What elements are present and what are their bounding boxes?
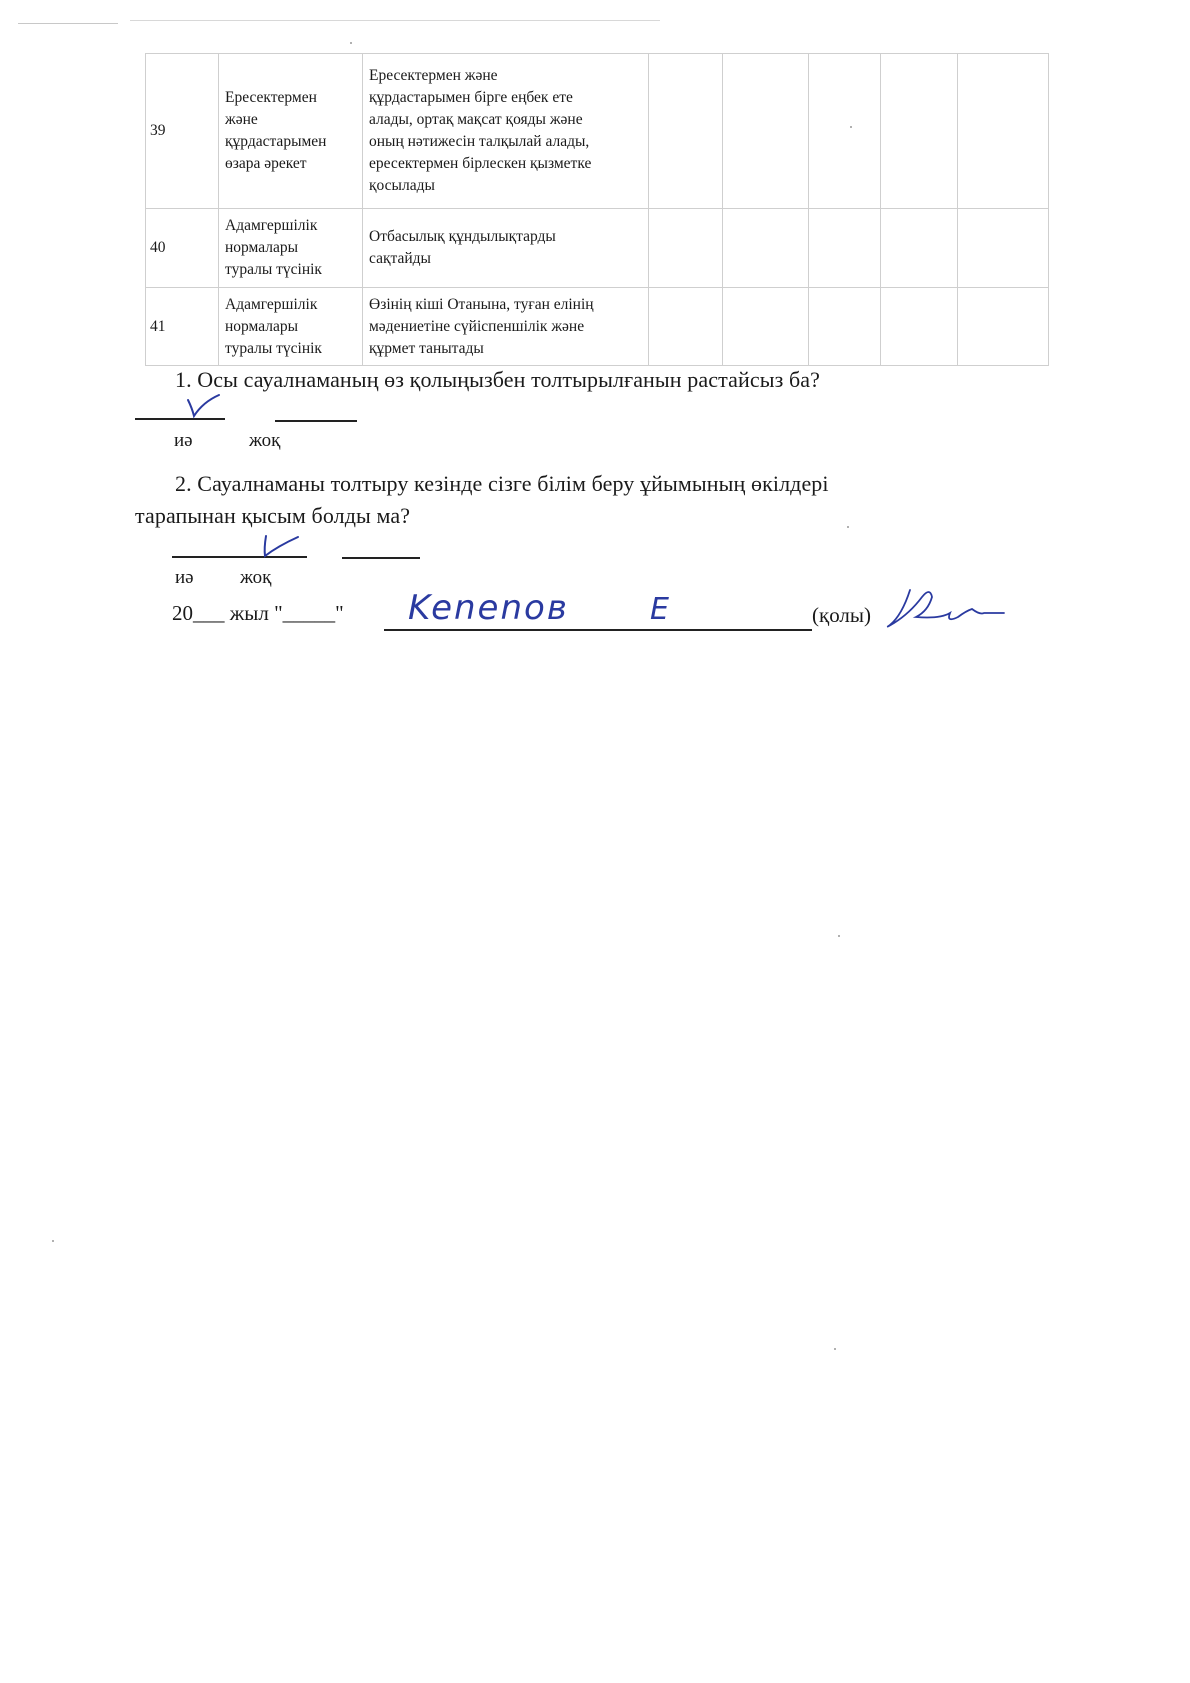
footer-year-label: жыл " bbox=[230, 601, 283, 625]
rating-cell[interactable] bbox=[809, 209, 881, 288]
name-field-line[interactable] bbox=[384, 629, 812, 631]
text-line: Адамгершілік bbox=[225, 294, 356, 316]
scan-speck bbox=[850, 126, 852, 128]
row-number: 41 bbox=[146, 288, 219, 366]
scan-speck bbox=[52, 1240, 54, 1242]
text-line: нормалары bbox=[225, 237, 356, 259]
scan-speck bbox=[847, 526, 849, 528]
text-line: Отбасылық құндылықтарды bbox=[369, 226, 642, 248]
scan-edge-line bbox=[18, 23, 118, 24]
row-number: 39 bbox=[146, 54, 219, 209]
text-line: құрдастарымен бірге еңбек ете bbox=[369, 87, 642, 109]
table-row: 39Ересектерменжәнеқұрдастарыменөзара әре… bbox=[146, 54, 1049, 209]
rating-cell[interactable] bbox=[958, 209, 1049, 288]
table-row: 41Адамгершілікнормаларытуралы түсінікӨзі… bbox=[146, 288, 1049, 366]
text-line: нормалары bbox=[225, 316, 356, 338]
row-number: 40 bbox=[146, 209, 219, 288]
rating-cell[interactable] bbox=[649, 54, 723, 209]
signature-icon[interactable] bbox=[880, 585, 1010, 635]
row-description: Отбасылық құндылықтардысақтайды bbox=[363, 209, 649, 288]
text-line: Өзінің кіші Отанына, туған елінің bbox=[369, 294, 642, 316]
table-row: 40Адамгершілікнормаларытуралы түсінікОтб… bbox=[146, 209, 1049, 288]
text-line: және bbox=[225, 109, 356, 131]
rating-cell[interactable] bbox=[649, 288, 723, 366]
footer-year-prefix: 20___ жыл "_____" bbox=[172, 601, 344, 626]
text-line: туралы түсінік bbox=[225, 259, 356, 281]
q2-checkmark-icon bbox=[258, 534, 302, 560]
scan-speck bbox=[838, 935, 840, 937]
text-line: туралы түсінік bbox=[225, 338, 356, 360]
text-line: сақтайды bbox=[369, 248, 642, 270]
row-category: Адамгершілікнормаларытуралы түсінік bbox=[219, 288, 363, 366]
rating-cell[interactable] bbox=[649, 209, 723, 288]
year-blank[interactable]: ___ bbox=[193, 601, 225, 625]
day-blank[interactable]: _____ bbox=[283, 601, 336, 625]
q1-checkmark-icon bbox=[185, 394, 225, 424]
q2-option-yes-label: иә bbox=[175, 567, 194, 589]
text-line: Адамгершілік bbox=[225, 215, 356, 237]
text-line: Ересектермен bbox=[225, 87, 356, 109]
rating-cell[interactable] bbox=[809, 54, 881, 209]
text-line: ересектермен бірлескен қызметке bbox=[369, 153, 642, 175]
row-category: Адамгершілікнормаларытуралы түсінік bbox=[219, 209, 363, 288]
q1-option-yes-label: иә bbox=[174, 430, 193, 452]
text-line: құрмет танытады bbox=[369, 338, 642, 360]
rating-cell[interactable] bbox=[881, 54, 958, 209]
text-line: өзара әрекет bbox=[225, 153, 356, 175]
text-line: мәдениетіне сүйіспеншілік және bbox=[369, 316, 642, 338]
rating-cell[interactable] bbox=[958, 288, 1049, 366]
text-line: Ересектермен және bbox=[369, 65, 642, 87]
handwritten-initial: Е bbox=[650, 592, 669, 627]
rating-cell[interactable] bbox=[881, 288, 958, 366]
signature-label: (қолы) bbox=[812, 603, 871, 628]
text-line: оның нәтижесін талқылай алады, bbox=[369, 131, 642, 153]
rating-cell[interactable] bbox=[723, 288, 809, 366]
scan-edge-line bbox=[130, 20, 660, 21]
scan-speck bbox=[834, 1348, 836, 1350]
question-2-text-line1: 2. Сауалнаманы толтыру кезінде сізге біл… bbox=[175, 470, 829, 498]
rating-cell[interactable] bbox=[881, 209, 958, 288]
assessment-table: 39Ересектерменжәнеқұрдастарыменөзара әре… bbox=[145, 53, 1049, 366]
rating-cell[interactable] bbox=[809, 288, 881, 366]
rating-cell[interactable] bbox=[723, 54, 809, 209]
q1-no-answer-line[interactable] bbox=[275, 420, 357, 422]
row-category: Ересектерменжәнеқұрдастарыменөзара әреке… bbox=[219, 54, 363, 209]
scan-speck bbox=[350, 42, 352, 44]
question-1-text: 1. Осы сауалнаманың өз қолыңызбен толтыр… bbox=[175, 366, 820, 394]
question-2-text-line2: тарапынан қысым болды ма? bbox=[135, 502, 410, 530]
rating-cell[interactable] bbox=[958, 54, 1049, 209]
q1-option-no-label: жоқ bbox=[249, 430, 280, 452]
q2-no-answer-line[interactable] bbox=[342, 557, 420, 559]
handwritten-surname: Kenenов bbox=[408, 588, 569, 628]
text-line: қосылады bbox=[369, 175, 642, 197]
row-description: Өзінің кіші Отанына, туған елініңмәдение… bbox=[363, 288, 649, 366]
text-line: құрдастарымен bbox=[225, 131, 356, 153]
q2-option-no-label: жоқ bbox=[240, 567, 271, 589]
text-line: алады, ортақ мақсат қояды және bbox=[369, 109, 642, 131]
row-description: Ересектермен жәнеқұрдастарымен бірге еңб… bbox=[363, 54, 649, 209]
rating-cell[interactable] bbox=[723, 209, 809, 288]
